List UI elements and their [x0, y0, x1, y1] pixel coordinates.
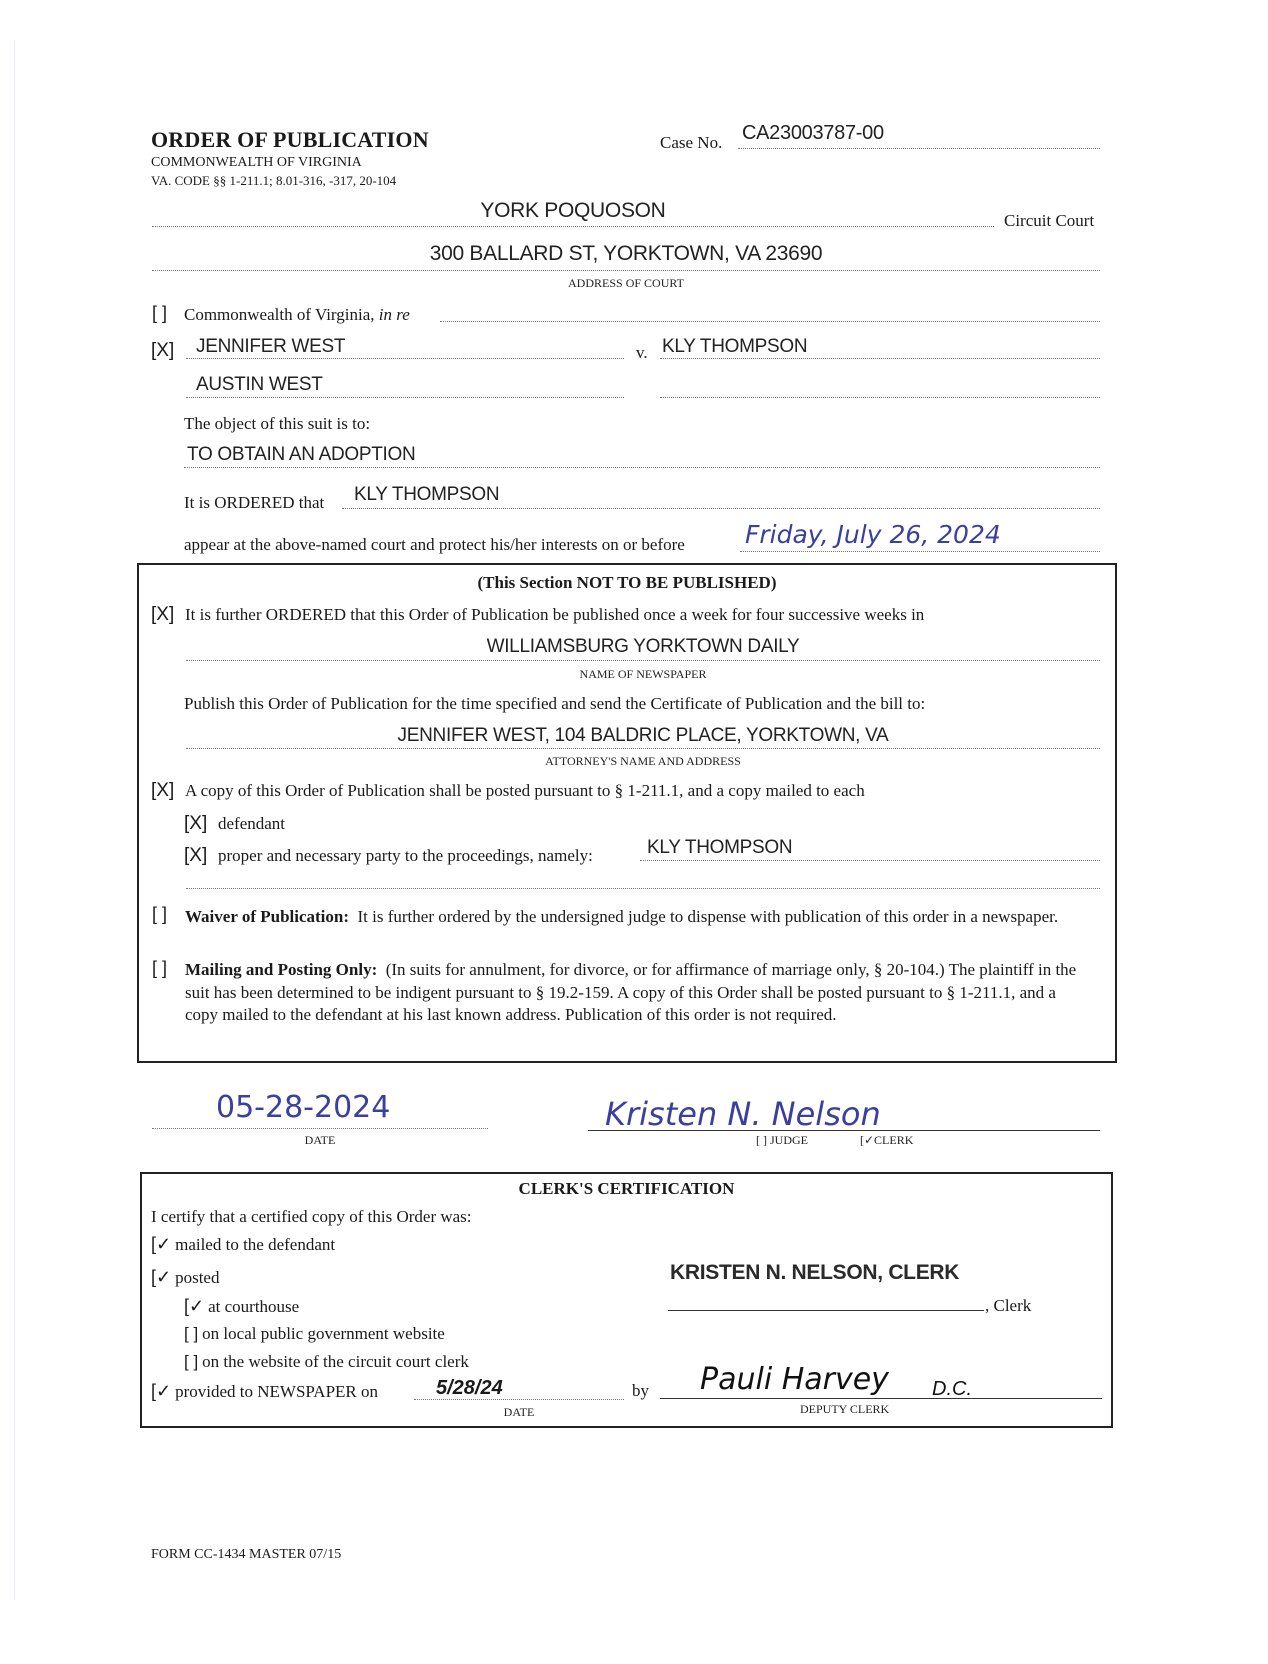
by-label: by: [632, 1381, 649, 1401]
waiver-paragraph: Waiver of Publication: It is further ord…: [185, 905, 1095, 928]
appear-text: appear at the above-named court and prot…: [184, 535, 685, 555]
proper-party-name-field[interactable]: KLY THOMPSON: [647, 837, 792, 859]
defendant-line: [660, 358, 1100, 359]
posted-checkbox[interactable]: [✓: [151, 1267, 171, 1287]
waiver-checkbox[interactable]: [ ]: [152, 904, 167, 925]
order-date-label: DATE: [152, 1133, 488, 1148]
publish-text: It is further ORDERED that this Order of…: [185, 605, 924, 625]
ordered-party-field[interactable]: KLY THOMPSON: [354, 484, 499, 506]
court-name-line: [152, 226, 994, 227]
deputy-clerk-line: [660, 1398, 1102, 1399]
proper-party-checkbox[interactable]: [X]: [184, 845, 207, 867]
waiver-text: It is further ordered by the undersigned…: [358, 907, 1059, 926]
waiver-title: Waiver of Publication:: [185, 907, 349, 926]
clerk-suffix: , Clerk: [985, 1296, 1031, 1316]
plaintiff-1-field[interactable]: JENNIFER WEST: [196, 336, 345, 358]
mailed-checkbox[interactable]: [✓: [151, 1234, 171, 1254]
newspaper-label: NAME OF NEWSPAPER: [186, 667, 1100, 682]
clerk-signature[interactable]: Kristen N. Nelson: [605, 1095, 881, 1133]
case-number-field[interactable]: CA23003787-00: [742, 122, 884, 145]
mailing-paragraph: Mailing and Posting Only: (In suits for …: [185, 959, 1080, 1027]
code-reference: VA. CODE §§ 1-211.1; 8.01-316, -317, 20-…: [151, 173, 396, 189]
gov-website-checkbox[interactable]: [ ]: [184, 1324, 198, 1343]
newspaper-checkbox[interactable]: [✓: [151, 1381, 171, 1401]
signature-line: [588, 1130, 1100, 1131]
form-subtitle: COMMONWEALTH OF VIRGINIA: [151, 155, 362, 171]
mailing-title: Mailing and Posting Only:: [185, 960, 377, 979]
attorney-label: ATTORNEY'S NAME AND ADDRESS: [186, 754, 1100, 769]
cert-item-courthouse[interactable]: [✓ at courthouse: [184, 1296, 299, 1317]
newspaper-line: [186, 660, 1100, 661]
case-number-line: [738, 148, 1100, 149]
order-date-line: [152, 1128, 488, 1129]
in-re-line: [440, 321, 1100, 322]
plaintiff-2-field[interactable]: AUSTIN WEST: [196, 374, 323, 396]
suit-object-line: [184, 467, 1100, 468]
judge-option[interactable]: [ ] JUDGE: [756, 1133, 808, 1148]
mailing-checkbox[interactable]: [ ]: [152, 958, 167, 979]
newspaper-field[interactable]: WILLIAMSBURG YORKTOWN DAILY: [186, 636, 1100, 658]
gov-website-label: on local public government website: [202, 1324, 445, 1343]
circuit-court-label: Circuit Court: [1004, 211, 1094, 231]
cert-item-clerk-website[interactable]: [ ] on the website of the circuit court …: [184, 1352, 469, 1372]
newspaper-date-handwritten[interactable]: 5/28/24: [436, 1377, 503, 1400]
commonwealth-text: Commonwealth of Virginia,: [184, 305, 375, 324]
cert-item-posted[interactable]: [✓ posted: [151, 1267, 219, 1288]
attorney-field[interactable]: JENNIFER WEST, 104 BALDRIC PLACE, YORKTO…: [186, 725, 1100, 747]
plaintiff-1-line: [186, 358, 624, 359]
scan-edge: [14, 40, 15, 1600]
ordered-party-line: [342, 508, 1100, 509]
suit-object-field[interactable]: TO OBTAIN AN ADOPTION: [187, 444, 415, 466]
form-id: FORM CC-1434 MASTER 07/15: [151, 1547, 341, 1563]
newspaper-date-label: DATE: [414, 1405, 624, 1420]
newspaper-date-line: [414, 1399, 624, 1400]
publish-checkbox[interactable]: [X]: [151, 604, 174, 626]
clerk-option[interactable]: [✓CLERK: [860, 1133, 913, 1148]
clerk-website-label: on the website of the circuit court cler…: [202, 1352, 469, 1371]
defendant-label: defendant: [218, 814, 285, 834]
copy-text: A copy of this Order of Publication shal…: [185, 781, 865, 801]
certification-intro: I certify that a certified copy of this …: [151, 1207, 472, 1227]
courthouse-checkbox[interactable]: [✓: [184, 1296, 204, 1316]
defendant-checkbox[interactable]: [X]: [184, 813, 207, 835]
cert-item-newspaper[interactable]: [✓ provided to NEWSPAPER on: [151, 1381, 378, 1402]
court-address-label: ADDRESS OF COURT: [152, 276, 1100, 291]
court-address-line: [152, 270, 1100, 271]
in-re-text: in re: [379, 305, 410, 324]
deputy-clerk-label: DEPUTY CLERK: [800, 1402, 889, 1417]
defendant-field[interactable]: KLY THOMPSON: [662, 336, 807, 358]
not-published-heading: (This Section NOT TO BE PUBLISHED): [137, 573, 1117, 593]
case-no-label: Case No.: [660, 133, 722, 153]
ordered-label: It is ORDERED that: [184, 493, 324, 513]
attorney-line: [186, 748, 1100, 749]
certification-heading: CLERK'S CERTIFICATION: [140, 1179, 1113, 1199]
proper-party-label: proper and necessary party to the procee…: [218, 846, 593, 866]
clerk-name-stamp: KRISTEN N. NELSON, CLERK: [670, 1261, 959, 1285]
court-name-field[interactable]: YORK POQUOSON: [152, 199, 994, 223]
send-text: Publish this Order of Publication for th…: [184, 694, 925, 714]
copy-checkbox[interactable]: [X]: [151, 780, 174, 802]
appear-date-handwritten[interactable]: Friday, July 26, 2024: [745, 520, 1001, 549]
courthouse-label: at courthouse: [208, 1297, 299, 1316]
object-label: The object of this suit is to:: [184, 414, 370, 434]
clerk-line: [668, 1310, 984, 1311]
deputy-clerk-signature[interactable]: Pauli Harvey: [700, 1362, 889, 1397]
newspaper-provided-label: provided to NEWSPAPER on: [175, 1382, 378, 1401]
form-title: ORDER OF PUBLICATION: [151, 127, 429, 153]
cert-item-gov-website[interactable]: [ ] on local public government website: [184, 1324, 445, 1344]
plaintiff-2-line: [186, 397, 624, 398]
mailed-label: mailed to the defendant: [175, 1235, 335, 1254]
commonwealth-checkbox[interactable]: [ ]: [152, 303, 167, 324]
court-address-field[interactable]: 300 BALLARD ST, YORKTOWN, VA 23690: [152, 242, 1100, 266]
order-date-handwritten[interactable]: 05-28-2024: [216, 1090, 390, 1125]
posted-label: posted: [175, 1268, 219, 1287]
appear-date-line: [740, 551, 1100, 552]
defendant-2-line: [660, 397, 1100, 398]
proper-party-line-2: [186, 888, 1100, 889]
cert-item-mailed[interactable]: [✓ mailed to the defendant: [151, 1234, 335, 1255]
party-checkbox[interactable]: [X]: [151, 340, 174, 362]
commonwealth-label: Commonwealth of Virginia, in re: [184, 305, 410, 325]
proper-party-line: [640, 860, 1100, 861]
versus-label: v.: [636, 343, 648, 363]
clerk-website-checkbox[interactable]: [ ]: [184, 1352, 198, 1371]
